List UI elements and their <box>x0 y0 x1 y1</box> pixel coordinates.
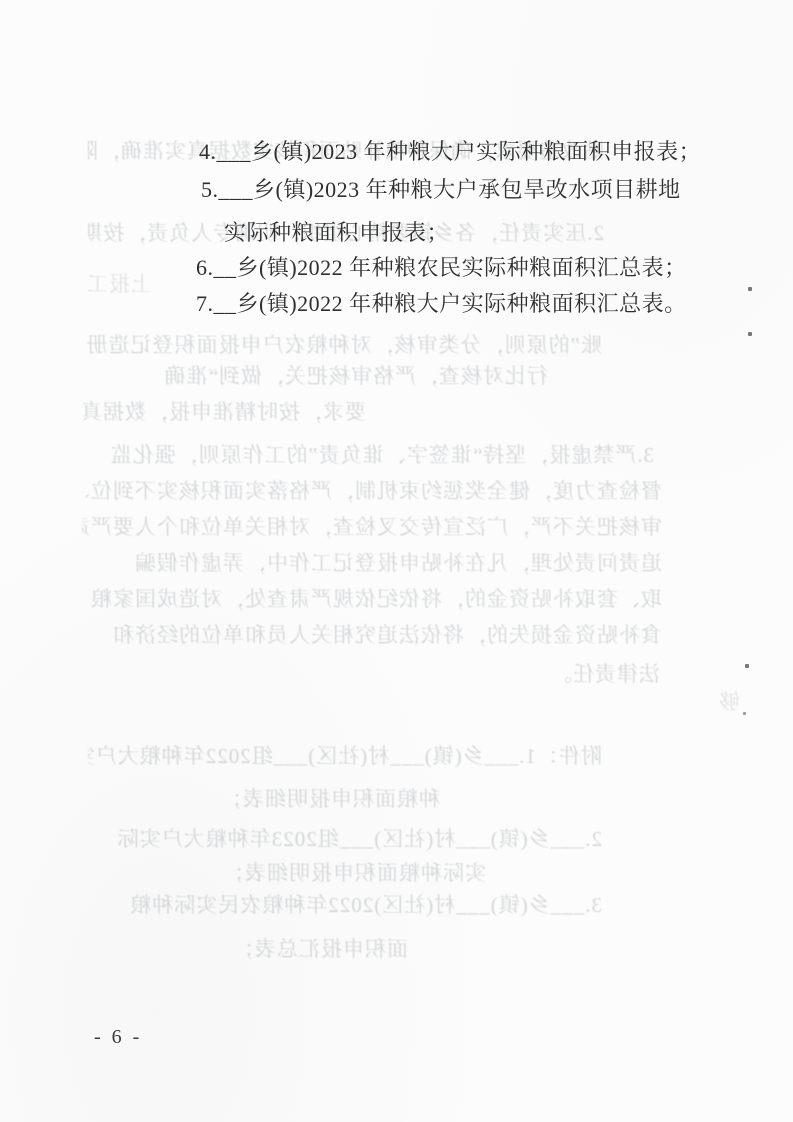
list-item-5-line2: 实际种粮面积申报表； <box>224 219 449 247</box>
page-number: - 6 - <box>94 1026 142 1049</box>
list-item-6: 6.__乡(镇)2022 年种粮农民实际种粮面积汇总表； <box>196 254 687 282</box>
ink-speck <box>745 664 749 668</box>
bleed-through-line: 2.___乡(镇)___村(社区)___组2023年种粮大户实际 <box>88 825 602 855</box>
bleed-through-line: 督检查力度，健全奖惩约束机制，严格落实面积核实不到位、 <box>86 477 662 507</box>
bleed-through-line: 面积申报汇总表； <box>226 935 408 965</box>
bleed-through-line: 要求，按时精准申报，数据真实、完整。 <box>84 398 366 428</box>
bleed-through-line: 审核把关不严，广泛宣传交叉检查，对相关单位和个人要严肃 <box>82 513 662 543</box>
bleed-through-line: 3.严禁虚报，坚持“谁签字、谁负责”的工作原则，强化监 <box>88 441 654 471</box>
bleed-through-line: 实际种粮面积申报明细表； <box>226 859 486 889</box>
bleed-through-line: 3.___乡(镇)___村(社区)2022年种粮农民实际种粮 <box>88 891 602 921</box>
list-item-5-line1: 5.___乡(镇)2023 年种粮大户承包旱改水项目耕地 <box>201 176 681 204</box>
bleed-through-line: 账”的原则，分类审核，对种粮农户申报面积登记造册，进 <box>84 331 602 361</box>
bleed-through-line: 法律责任。 <box>548 660 660 690</box>
bleed-through-line: 附件：1.___乡(镇)___村(社区)___组2022年种粮大户实际 <box>88 742 602 772</box>
bleed-through-line: 追责问责处理，凡在补贴申报登记工作中，弄虚作假骗 <box>84 549 662 579</box>
list-item-4: 4.___乡(镇)2023 年种粮大户实际种粮面积申报表； <box>199 138 701 166</box>
bleed-through-line: 上报工 <box>88 270 152 300</box>
ink-speck <box>748 332 752 336</box>
ink-speck <box>743 712 746 715</box>
ink-speck <box>748 287 752 291</box>
bleed-through-line: 行比对核查，严格审核把关，做到“准确、不重不漏”的 <box>162 362 548 392</box>
bleed-through-line: 种粮面积申报明细表； <box>226 785 440 815</box>
bleed-through-fragment: 够 <box>700 688 740 718</box>
document-page: 贴改造要求，确保种粮补贴面积核实数据真实准确，限时 2.压实责任，各乡镇要精心组… <box>0 0 793 1122</box>
bleed-through-line: 食补贴资金损失的，将依法追究相关人员和单位的经济和 <box>84 621 662 651</box>
list-item-7: 7.__乡(镇)2022 年种粮大户实际种粮面积汇总表。 <box>196 290 687 318</box>
bleed-through-line: 取、套取补贴资金的，将依纪依规严肃查处，对造成国家粮 <box>84 585 662 615</box>
